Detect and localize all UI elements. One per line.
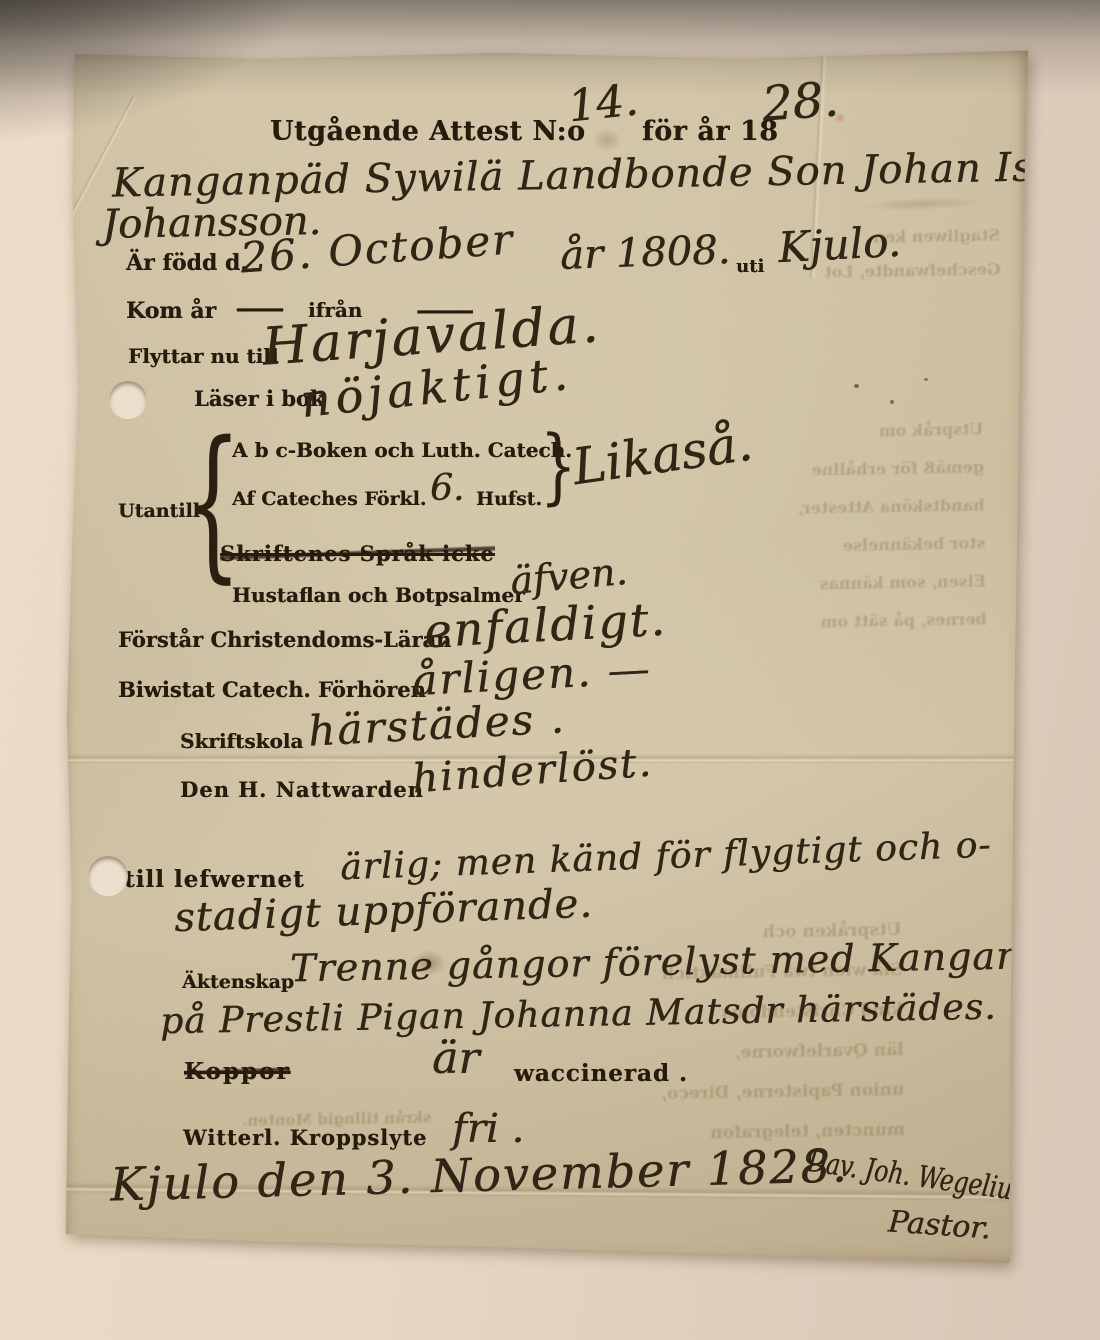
bleedthrough-line: län Qvarlefworne, [660, 1030, 904, 1074]
bleedthrough-line: Elsen, som kännas [799, 562, 987, 603]
flyttar-label: Flyttar nu till [128, 344, 278, 368]
born-uti-label: uti [736, 256, 764, 277]
stain [592, 128, 622, 152]
lefwernet-line1-handwritten: ärlig; men känd för flygtigt och o- [339, 825, 991, 889]
bleedthrough-line: stor bekännelse [798, 524, 986, 565]
struck-koppor-label: Koppor [184, 1058, 290, 1085]
waccinerad-label: waccinerad . [514, 1060, 688, 1087]
attest-year-handwritten: 28. [760, 71, 840, 132]
attest-number-handwritten: 14. [566, 74, 641, 132]
skriftskola-value-handwritten: härstädes . [307, 693, 567, 755]
skriftskola-label: Skriftskola [180, 729, 303, 753]
aktenskap-line1-handwritten: Trenne gångor förelyst med Kangan [290, 934, 1022, 991]
document-photo: Stagliwen ken Geschefwandte, Lot Utspråk… [0, 0, 1100, 1340]
subject-name-line1: Kanganpäd Sywilä Landbonde Son Johan Isa… [112, 143, 1100, 206]
born-year-handwritten: år 1808. [559, 227, 731, 279]
title-printed-year-prefix: för år 18 [642, 116, 778, 147]
biwistat-label: Biwistat Catech. Förhören [118, 677, 426, 702]
ink-speck [924, 378, 928, 381]
bleedthrough-line: gemäß för erhållne [797, 448, 985, 489]
forstar-label: Förstår Christendoms-Läran [118, 627, 451, 652]
born-place-handwritten: Kjulo. [777, 217, 902, 272]
utantill-row2-label: Af Cateches Förkl. [232, 488, 426, 510]
bleedthrough-line: union Papisterne, Direco, [661, 1070, 905, 1114]
kroppslyte-label: Witterl. Kroppslyte [183, 1125, 427, 1150]
paper-wrap: Stagliwen ken Geschefwandte, Lot Utspråk… [62, 48, 1030, 1268]
signature-name: Dav. Joh. Wegelius. [805, 1144, 1033, 1210]
utantill-row1-label: A b c-Boken och Luth. Catech. [232, 438, 572, 462]
kom-ar-label: Kom år [126, 298, 216, 324]
lefwernet-label: till lefwernet [124, 866, 305, 893]
aktenskap-label: Äktenskap [182, 971, 294, 993]
likasa-handwritten: Likaså. [569, 414, 756, 497]
bleedthrough-line: bernes, på sätt om [799, 600, 987, 641]
stain [862, 196, 982, 212]
title-printed: Utgående Attest N:o [270, 116, 586, 147]
ink-speck [890, 400, 894, 404]
punch-hole [88, 856, 128, 896]
struck-row-skriftenes: Skriftenes Språk icke [220, 541, 495, 566]
nattwarden-label: Den H. Nattwarden [180, 777, 424, 802]
ink-speck [854, 384, 859, 388]
hufst-label: Hufst. [476, 488, 542, 510]
bleedthrough-block-2: Utspråk om gemäß för erhållne handtsköna… [796, 410, 987, 641]
hufst-count-handwritten: 6. [430, 468, 464, 509]
bleedthrough-line: handtsköna Attester, [797, 486, 985, 527]
born-label: Är född d. [126, 250, 248, 276]
ar-handwritten: är [432, 1033, 479, 1084]
bleedthrough-line: Utspråk om [796, 410, 984, 451]
nattwarden-value-handwritten: hinderlöst. [411, 740, 655, 803]
kroppslyte-value-handwritten: fri . [452, 1106, 524, 1152]
document-paper: Stagliwen ken Geschefwandte, Lot Utspråk… [62, 48, 1030, 1268]
punch-hole [109, 381, 147, 419]
signature-title: Pastor. [887, 1204, 992, 1246]
